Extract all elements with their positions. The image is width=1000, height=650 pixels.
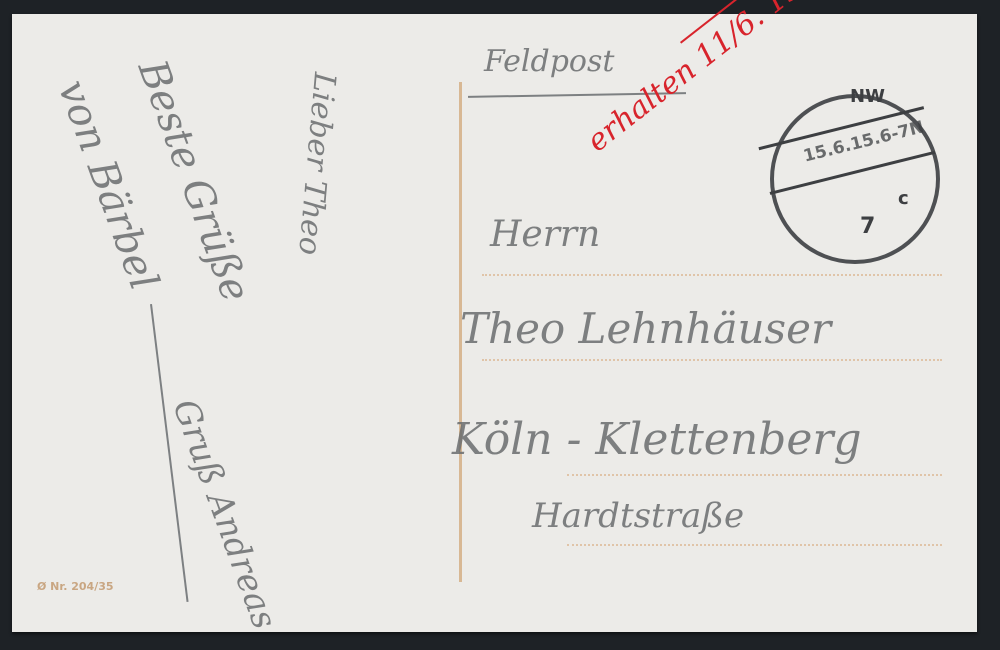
message-line-3: Gruß Andreas — [164, 394, 284, 634]
postmark-top-text: NW — [850, 86, 885, 107]
print-number: Ø Nr. 204/35 — [37, 580, 114, 593]
postcard: Feldpost NW 15.6.15.6-7N 7 c erhalten 11… — [12, 14, 977, 632]
address-street: Hardtstraße — [532, 496, 744, 536]
address-line-2 — [482, 359, 942, 361]
address-city: Köln - Klettenberg — [452, 414, 862, 465]
postmark-letter: c — [898, 188, 909, 209]
address-salutation: Herrn — [490, 214, 600, 255]
message-line-4: Lieber Theo — [291, 71, 342, 257]
address-line-4 — [567, 544, 942, 546]
feldpost-heading: Feldpost — [484, 44, 614, 79]
address-name: Theo Lehnhäuser — [460, 304, 831, 353]
address-line-1 — [482, 274, 942, 276]
address-line-3 — [567, 474, 942, 476]
postmark-number: 7 — [860, 214, 875, 239]
